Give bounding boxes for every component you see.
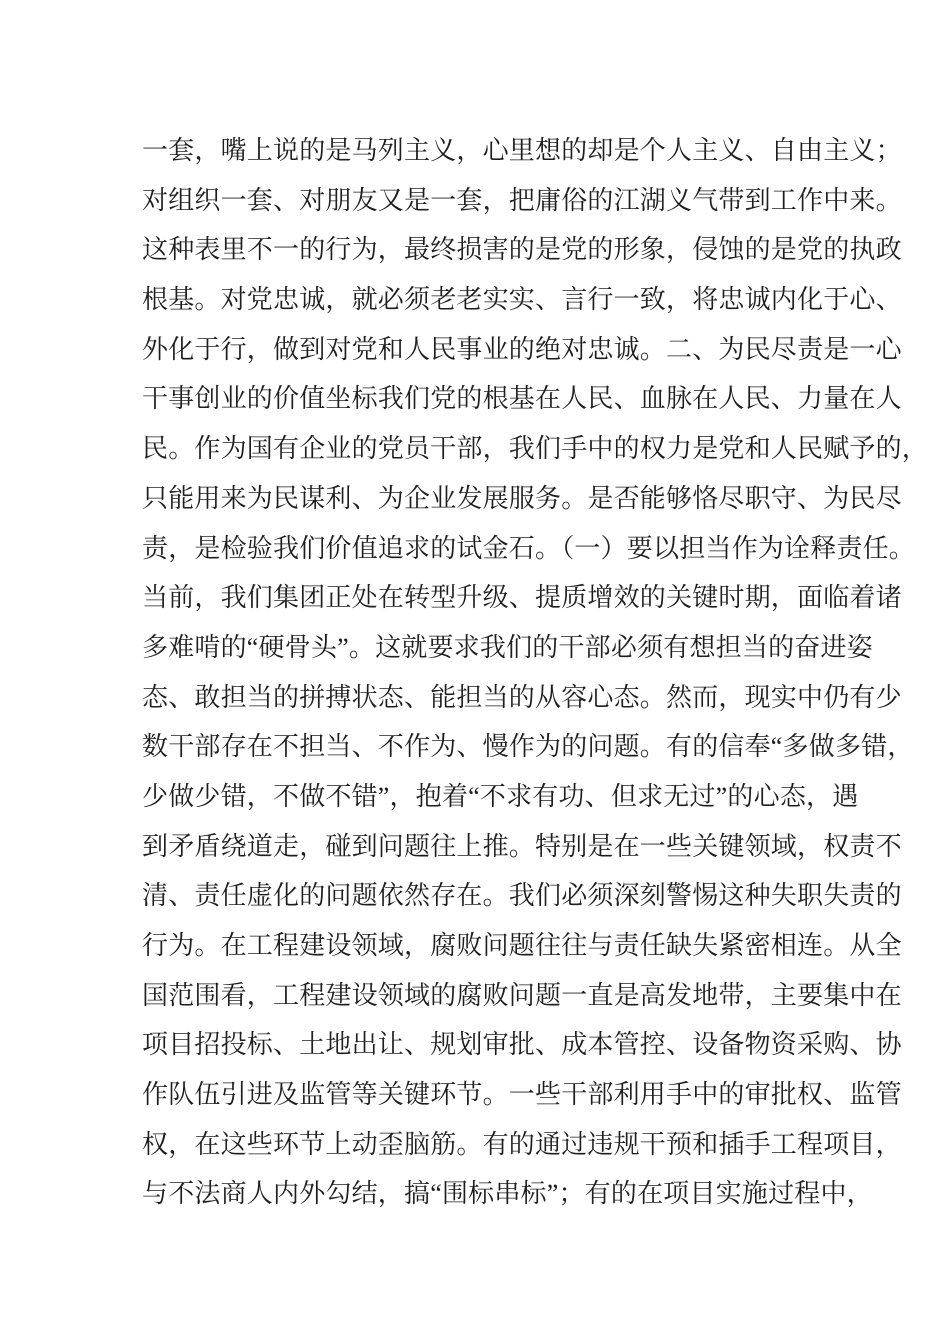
text-line: 权，在这些环节上动歪脑筋。有的通过违规干预和插手工程项目， — [142, 1120, 806, 1170]
text-line: 态、敢担当的拼搏状态、能担当的从容心态。然而，现实中仍有少 — [142, 673, 806, 723]
text-line: 外化于行，做到对党和人民事业的绝对忠诚。二、为民尽责是一心 — [142, 325, 806, 375]
text-line: 当前，我们集团正处在转型升级、提质增效的关键时期，面临着诸 — [142, 573, 806, 623]
text-line: 民。作为国有企业的党员干部，我们手中的权力是党和人民赋予的， — [142, 424, 806, 474]
text-line: 行为。在工程建设领域，腐败问题往往与责任缺失紧密相连。从全 — [142, 921, 806, 971]
text-line: 这种表里不一的行为，最终损害的是党的形象，侵蚀的是党的执政 — [142, 225, 806, 275]
text-line: 对组织一套、对朋友又是一套，把庸俗的江湖义气带到工作中来。 — [142, 176, 806, 226]
text-line: 一套，嘴上说的是马列主义，心里想的却是个人主义、自由主义； — [142, 126, 806, 176]
text-line: 只能用来为民谋利、为企业发展服务。是否能够恪尽职守、为民尽 — [142, 474, 806, 524]
text-line: 项目招投标、土地出让、规划审批、成本管控、设备物资采购、协 — [142, 1020, 806, 1070]
text-line: 与不法商人内外勾结，搞“围标串标”；有的在项目实施过程中， — [142, 1169, 806, 1219]
text-line: 根基。对党忠诚，就必须老老实实、言行一致，将忠诚内化于心、 — [142, 275, 806, 325]
document-text-block: 一套，嘴上说的是马列主义，心里想的却是个人主义、自由主义；对组织一套、对朋友又是… — [142, 126, 806, 1219]
text-line: 责，是检验我们价值追求的试金石。（一）要以担当作为诠释责任。 — [142, 524, 806, 574]
text-line: 清、责任虚化的问题依然存在。我们必须深刻警惕这种失职失责的 — [142, 871, 806, 921]
text-line: 多难啃的“硬骨头”。这就要求我们的干部必须有想担当的奋进姿 — [142, 623, 806, 673]
text-line: 国范围看，工程建设领域的腐败问题一直是高发地带，主要集中在 — [142, 971, 806, 1021]
text-line: 干事创业的价值坐标我们党的根基在人民、血脉在人民、力量在人 — [142, 374, 806, 424]
document-page: 一套，嘴上说的是马列主义，心里想的却是个人主义、自由主义；对组织一套、对朋友又是… — [0, 0, 950, 1344]
text-line: 到矛盾绕道走，碰到问题往上推。特别是在一些关键领域，权责不 — [142, 822, 806, 872]
text-line: 作队伍引进及监管等关键环节。一些干部利用手中的审批权、监管 — [142, 1070, 806, 1120]
text-line: 数干部存在不担当、不作为、慢作为的问题。有的信奉“多做多错， — [142, 722, 806, 772]
text-line: 少做少错，不做不错”，抱着“不求有功、但求无过”的心态，遇 — [142, 772, 806, 822]
